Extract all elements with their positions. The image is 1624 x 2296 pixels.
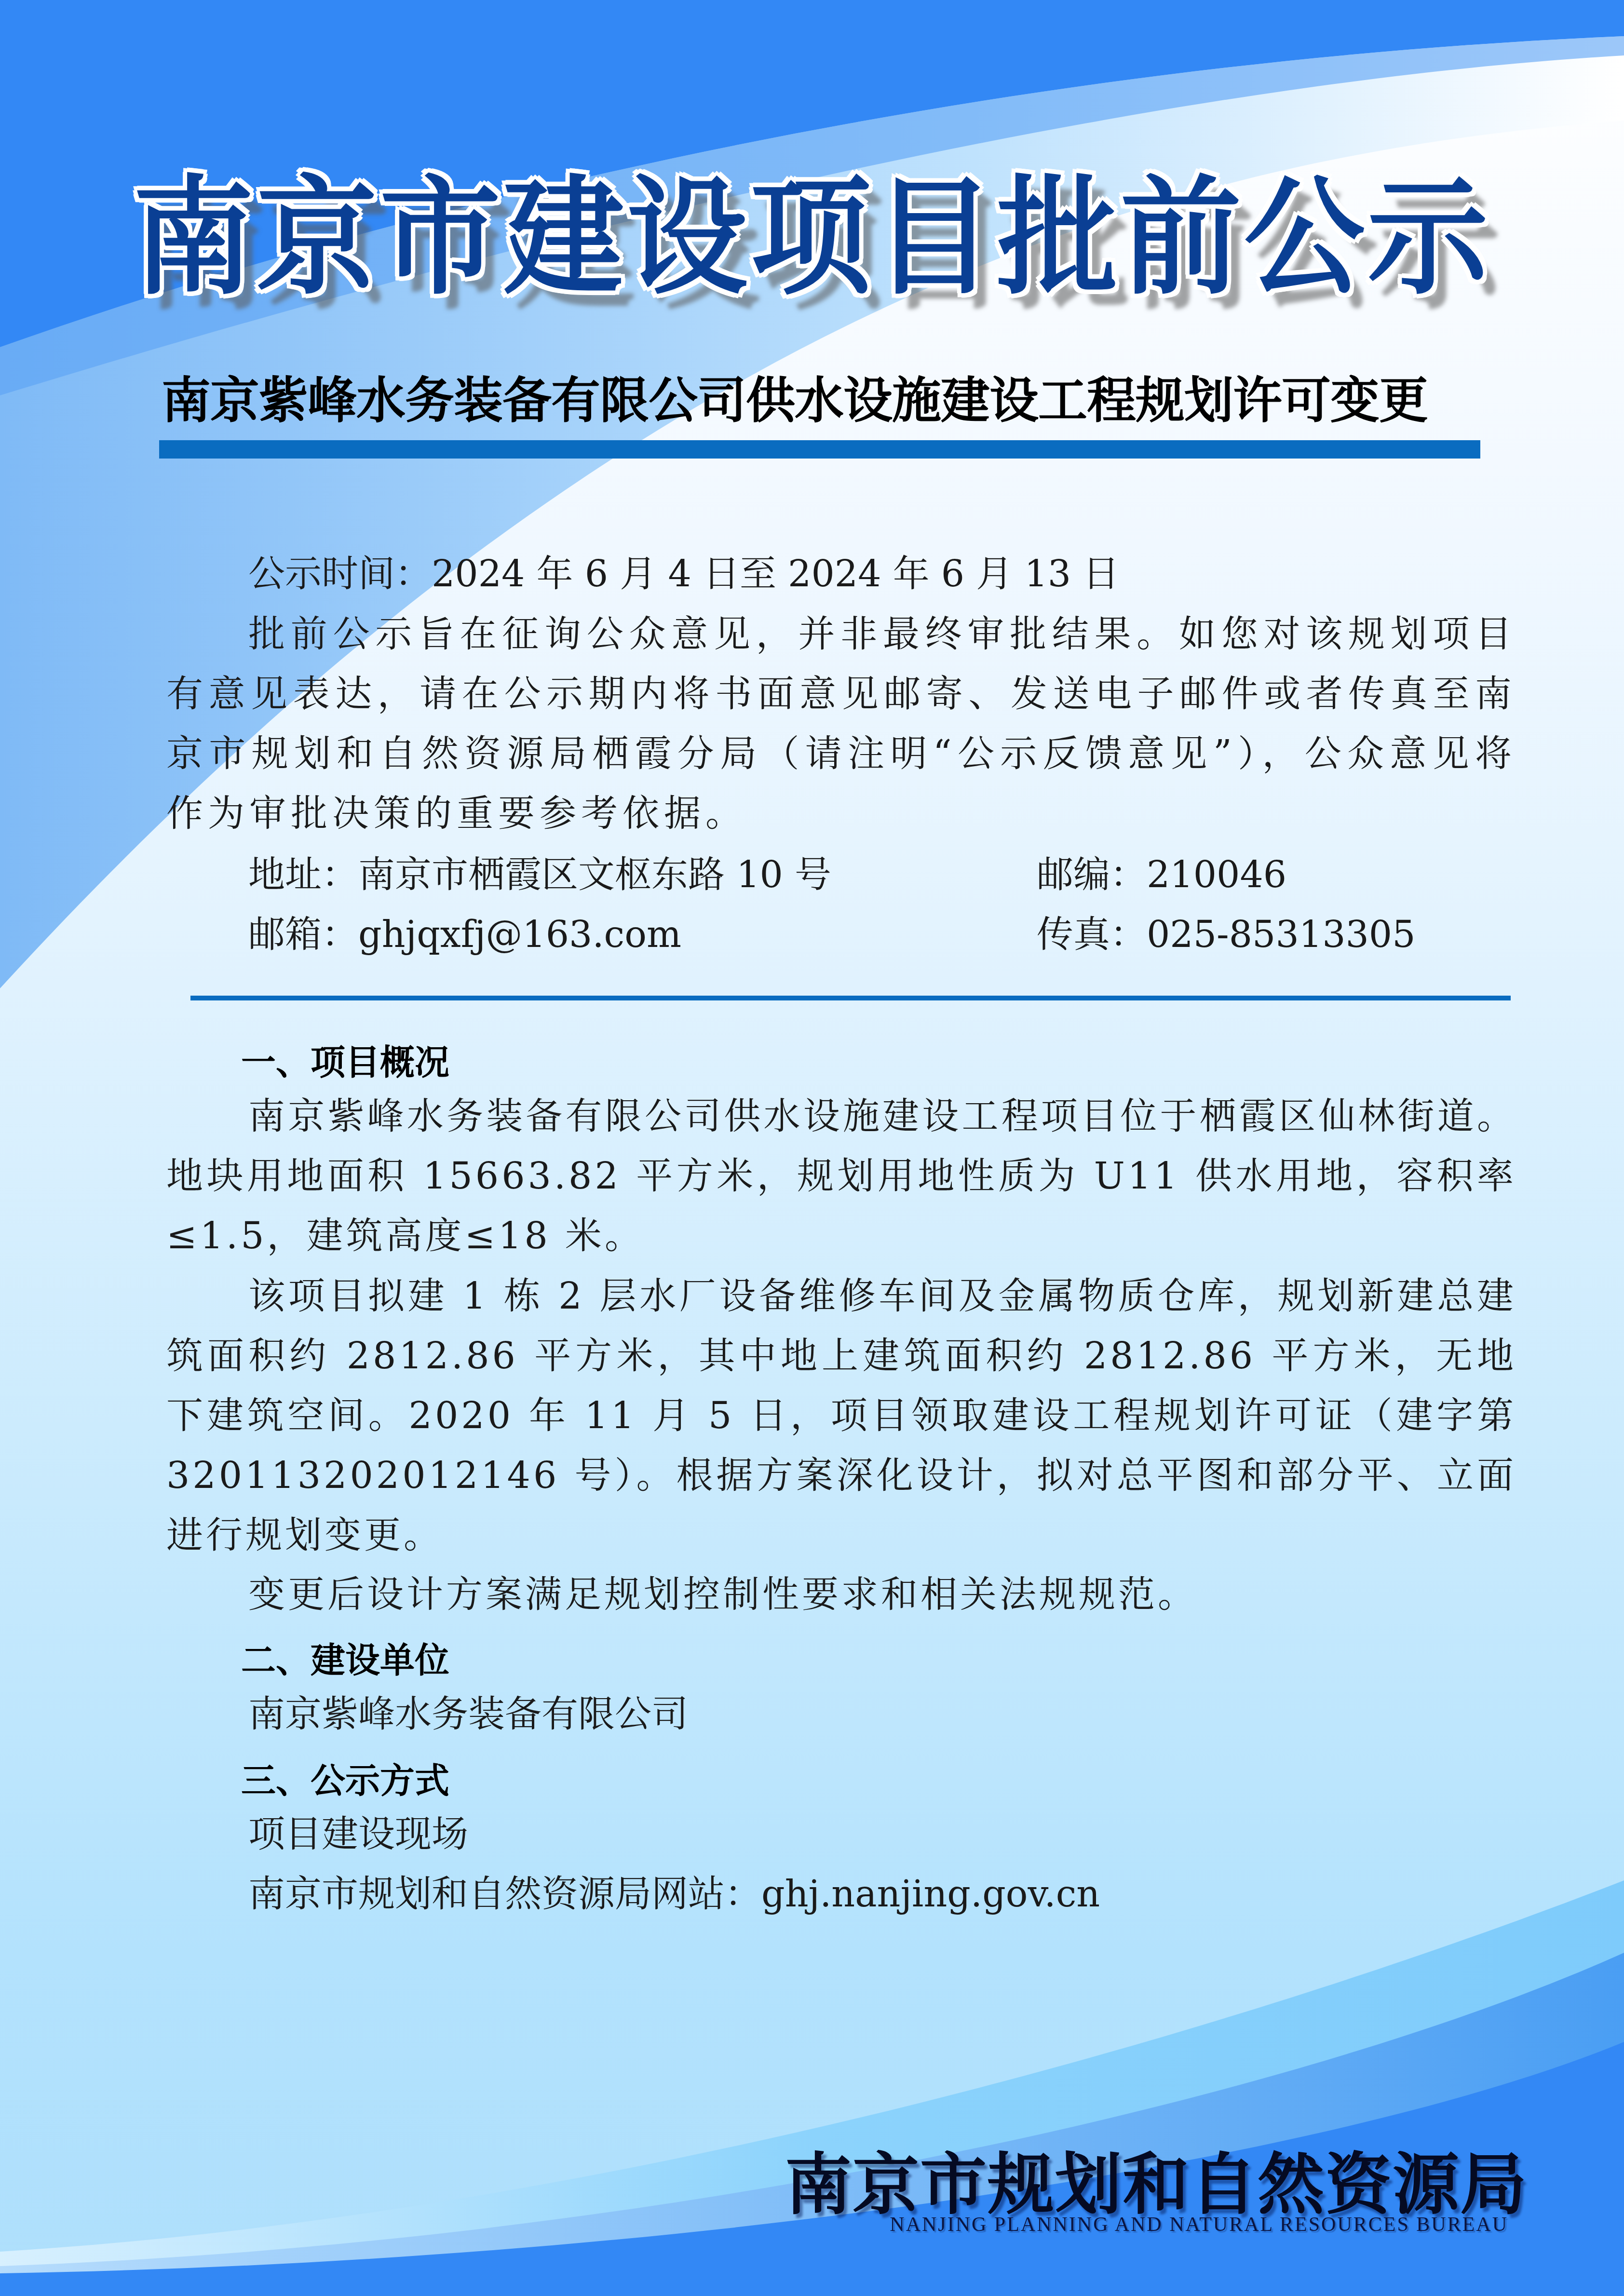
- publicity-method-site: 项目建设现场: [248, 1804, 468, 1864]
- email-link[interactable]: ghjqxfj@163.com: [358, 913, 681, 956]
- section-heading-overview: 一、项目概况: [241, 1034, 449, 1084]
- publicity-method-website[interactable]: 南京市规划和自然资源局网站：ghj.nanjing.gov.cn: [248, 1864, 1100, 1924]
- address-value: 南京市栖霞区文枢东路 10 号: [358, 853, 831, 896]
- postcode-label: 邮编：: [1037, 853, 1147, 896]
- overview-paragraph-3: 变更后设计方案满足规划控制性要求和相关法规规范。: [166, 1565, 1516, 1624]
- developer-name: 南京紫峰水务装备有限公司: [248, 1684, 688, 1744]
- overview-paragraph-2: 该项目拟建 1 栋 2 层水厂设备维修车间及金属物质仓库，规划新建总建筑面积约 …: [166, 1266, 1516, 1565]
- email-label: 邮箱：: [248, 913, 358, 956]
- postcode-field: 邮编：210046: [1037, 845, 1286, 905]
- address-label: 地址：: [248, 853, 358, 896]
- overview-paragraph-1: 南京紫峰水务装备有限公司供水设施建设工程项目位于栖霞区仙林街道。地块用地面积 1…: [166, 1086, 1516, 1266]
- title-underline-bar: [159, 440, 1480, 459]
- section-heading-developer: 二、建设单位: [241, 1632, 449, 1682]
- page-title: 南京市建设项目批前公示: [0, 135, 1624, 319]
- email-row: 邮箱：ghjqxfj@163.com 传真：025-85313305: [248, 905, 1502, 964]
- footer-org-name-cn: 南京市规划和自然资源局: [785, 2131, 1528, 2227]
- fax-field: 传真：025-85313305: [1037, 905, 1416, 964]
- fax-label: 传真：: [1037, 913, 1147, 956]
- section-divider: [190, 996, 1511, 1000]
- footer-org-name-en: NANJING PLANNING AND NATURAL RESOURCES B…: [890, 2213, 1508, 2236]
- section-heading-publicity-method: 三、公示方式: [241, 1753, 449, 1803]
- postcode-value: 210046: [1147, 853, 1286, 896]
- project-title: 南京紫峰水务装备有限公司供水设施建设工程规划许可变更: [162, 362, 1483, 432]
- notice-description: 批前公示旨在征询公众意见，并非最终审批结果。如您对该规划项目有意见表达，请在公示…: [166, 604, 1516, 843]
- notice-period: 公示时间：2024 年 6 月 4 日至 2024 年 6 月 13 日: [248, 544, 1119, 604]
- fax-value: 025-85313305: [1147, 913, 1416, 956]
- address-row: 地址：南京市栖霞区文枢东路 10 号 邮编：210046: [248, 845, 1502, 905]
